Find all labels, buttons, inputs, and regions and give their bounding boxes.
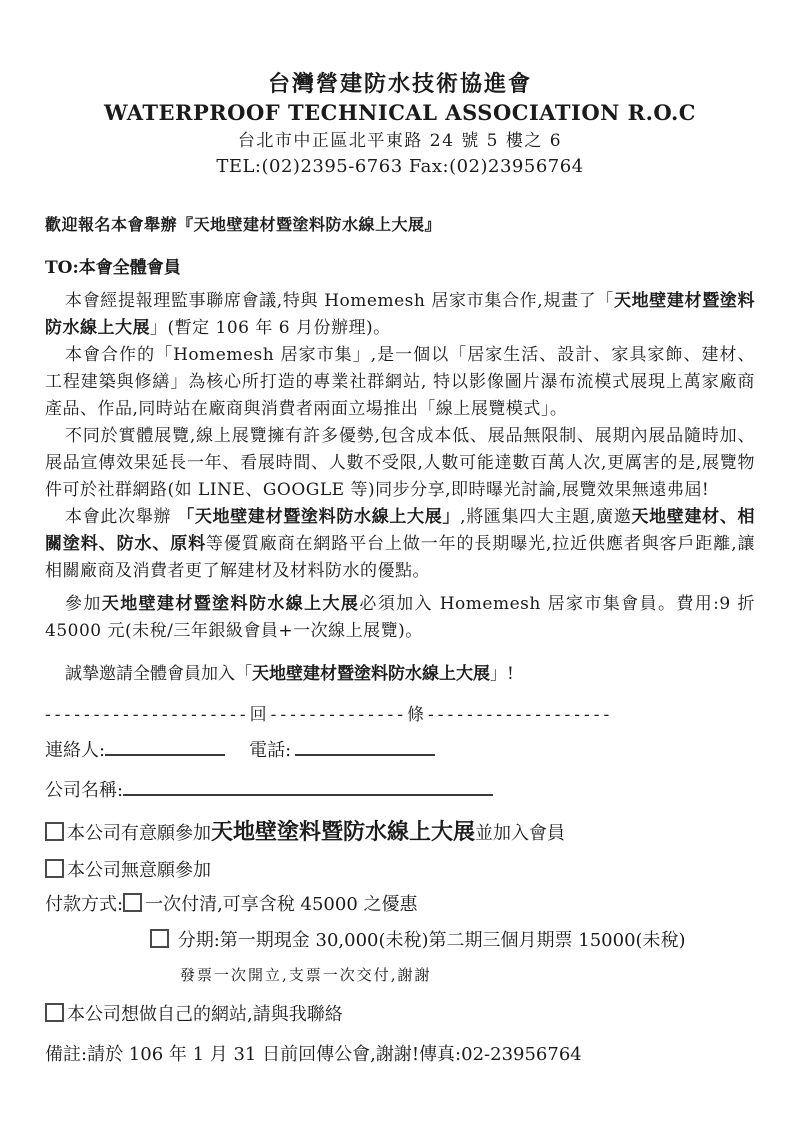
- text-run: 」(暫定 106 年 6 月份辦理)。: [150, 318, 391, 338]
- checkbox-pay-full-icon: [123, 893, 142, 912]
- text-run: 」!: [490, 664, 514, 684]
- org-name-en: WATERPROOF TECHNICAL ASSOCIATION R.O.C: [45, 98, 755, 128]
- org-name-zh: 台灣營建防水技術協進會: [45, 70, 755, 98]
- paragraph-fee: 參加天地壁建材暨塗料防水線上大展必須加入 Homemesh 居家市集會員。費用:…: [45, 591, 755, 645]
- paragraph-homemesh: 本會合作的「Homemesh 居家市集」,是一個以「居家生活、設計、家具家飾、建…: [45, 342, 755, 423]
- contact-blank-field: [105, 740, 225, 756]
- letterhead: 台灣營建防水技術協進會 WATERPROOF TECHNICAL ASSOCIA…: [45, 70, 755, 180]
- checkbox-installment-icon: [150, 929, 169, 948]
- phone-label: 電話:: [249, 740, 291, 761]
- text-run: 本會經提報理監事聯席會議,特與 Homemesh 居家市集合作,規畫了「: [65, 291, 614, 311]
- checkbox-decline-icon: [45, 859, 64, 878]
- text-run: ,將匯集四大主題,廣邀: [460, 507, 631, 527]
- company-row: 公司名稱:: [45, 779, 755, 803]
- document-page: 台灣營建防水技術協進會 WATERPROOF TECHNICAL ASSOCIA…: [0, 0, 800, 1131]
- invite-line: 誠摯邀請全體會員加入「天地壁建材暨塗料防水線上大展」!: [45, 661, 755, 688]
- event-name-bold: 天地壁建材暨塗料防水線上大展: [252, 664, 490, 684]
- option-decline-row: 本公司無意願參加: [45, 859, 755, 883]
- paragraph-advantages: 不同於實體展覽,線上展覽擁有許多優勢,包含成本低、展品無限制、展期內展品隨時加、…: [45, 423, 755, 504]
- installment-text: 分期:第一期現金 30,000(未稅)第二期三個月期票 15000(未稅): [178, 930, 686, 951]
- paragraph-themes: 本會此次舉辦 「天地壁建材暨塗料防水線上大展」,將匯集四大主題,廣邀天地壁建材、…: [45, 504, 755, 585]
- subject-line: 歡迎報名本會舉辦『天地壁建材暨塗料防水線上大展』: [45, 214, 755, 236]
- option-join-suffix: 並加入會員: [475, 823, 565, 844]
- checkbox-join-icon: [45, 822, 64, 841]
- option-join-row: 本公司有意願參加天地壁塗料暨防水線上大展並加入會員: [45, 817, 755, 849]
- contact-label: 連絡人:: [45, 740, 105, 761]
- installment-row: 分期:第一期現金 30,000(未稅)第二期三個月期票 15000(未稅): [45, 929, 755, 953]
- payment-row: 付款方式:一次付清,可享含稅 45000 之優惠: [45, 893, 755, 917]
- org-tel-fax: TEL:(02)2395-6763 Fax:(02)23956764: [45, 154, 755, 180]
- contact-row: 連絡人:電話:: [45, 739, 755, 763]
- invoice-note: 發票一次開立,支票一次交付,謝謝: [45, 965, 755, 985]
- to-line: TO:本會全體會員: [45, 256, 755, 280]
- company-blank-field: [123, 780, 493, 796]
- checkbox-website-icon: [45, 1003, 64, 1022]
- event-name-bold: 天地壁建材暨塗料防水線上大展: [102, 594, 360, 614]
- reply-form: 連絡人:電話: 公司名稱: 本公司有意願參加天地壁塗料暨防水線上大展並加入會員 …: [45, 739, 755, 1067]
- text-run: 誠摯邀請全體會員加入「: [65, 664, 252, 684]
- event-name-headline: 天地壁塗料暨防水線上大展: [211, 819, 475, 845]
- remark-line: 備註:請於 106 年 1 月 31 日前回傳公會,謝謝!傳真:02-23956…: [45, 1043, 755, 1067]
- text-run: 本會此次舉辦: [65, 507, 177, 527]
- payment-label: 付款方式:: [45, 894, 123, 915]
- company-label: 公司名稱:: [45, 780, 123, 801]
- payment-full-text: 一次付清,可享含稅 45000 之優惠: [145, 894, 417, 915]
- phone-blank-field: [295, 740, 435, 756]
- org-address: 台北市中正區北平東路 24 號 5 樓之 6: [45, 128, 755, 154]
- option-website-text: 本公司想做自己的網站,請與我聯絡: [67, 1004, 343, 1025]
- option-website-row: 本公司想做自己的網站,請與我聯絡: [45, 1003, 755, 1027]
- text-run: 參加: [65, 594, 102, 614]
- event-name-bold: 「天地壁建材暨塗料防水線上大展」: [177, 507, 460, 527]
- option-join-text: 本公司有意願參加: [67, 823, 211, 844]
- paragraph-plan: 本會經提報理監事聯席會議,特與 Homemesh 居家市集合作,規畫了「天地壁建…: [45, 288, 755, 342]
- tear-off-line: ---------------------回--------------條---…: [45, 700, 755, 725]
- option-decline-text: 本公司無意願參加: [67, 860, 211, 881]
